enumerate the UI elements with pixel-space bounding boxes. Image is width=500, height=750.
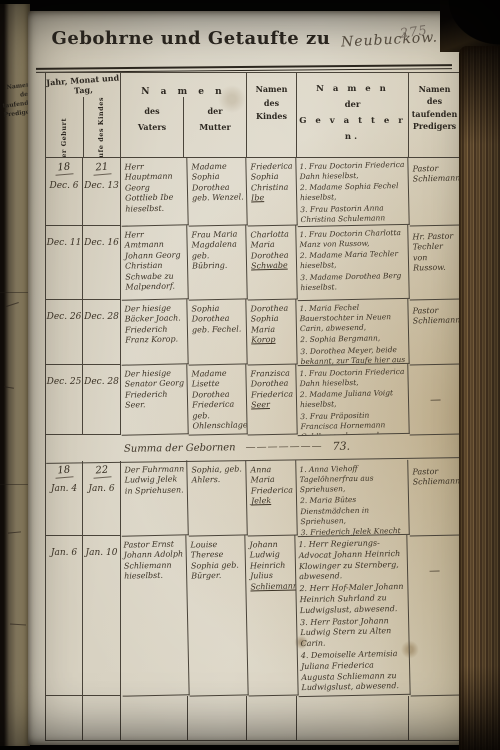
summa-value: 73. <box>332 440 350 453</box>
empty-cell <box>121 696 188 740</box>
cell-mother: Frau Maria Magdalena geb. Bübring. <box>187 225 248 300</box>
godparent-entry: 1. Maria Fechel Bauerstochter in Neuen C… <box>299 302 407 335</box>
header-mother: der Mutter <box>184 97 246 157</box>
header-preacher: Namen des taufenden Predigers <box>409 73 460 158</box>
prev-page-text-fragment: Namen des taufenden Predigers <box>0 80 30 119</box>
godparent-entry: 3. Herr Pastor Johann Ludwig Stern zu Al… <box>300 615 408 650</box>
godparent-entry: 2. Maria Bütes Dienstmädchen in Spriehus… <box>300 494 408 527</box>
header-date-subcolumns: der Geburt der Taufe des Kindes <box>46 97 120 158</box>
cell-preacher: Hr. Pastor Techler von Russow. <box>408 225 461 300</box>
header-date-group: Jahr, Monat und Tag, der Geburt der Tauf… <box>46 73 121 158</box>
cell-mother: Sophia, geb. Ahlers. <box>187 460 248 536</box>
cell-mother: Louise Therese Sophia geb. Bürger. <box>186 535 248 696</box>
cell-father: Herr Hauptmann Georg Gottlieb Ibe hiesel… <box>120 157 188 226</box>
godparent-entry: 1. Frau Doctorin Friederica Dahn hieselb… <box>299 160 406 182</box>
cell-child: Dorothea Sophia Maria Korop <box>246 299 297 365</box>
cell-father: Der hiesige Bäcker Joach. Friederich Fra… <box>120 299 188 365</box>
godparent-entry: 3. Dorothea Meyer, beide bekannt, zur Ta… <box>300 344 408 366</box>
book-photo: Namen des taufenden Predigers Gebohrne u… <box>0 0 500 750</box>
header-date-label: Jahr, Monat und Tag, <box>46 73 121 98</box>
register-page: Gebohrne und Getaufte zu Neubuckow. 275 … <box>28 11 462 745</box>
cell-godparents: 1. Frau Doctorin Charlotta Manz von Russ… <box>296 225 410 301</box>
page-title: Gebohrne und Getaufte zu <box>52 28 331 49</box>
ink-mark <box>10 623 26 625</box>
cell-preacher: Pastor Schliemann. <box>408 460 461 536</box>
child-surname: Schwabe <box>251 261 288 271</box>
header-birth-sub: der Geburt <box>46 97 84 158</box>
godparent-entry: 3. Madame Dorothea Berg hieselbst. <box>300 270 407 292</box>
header-child: Namen des Kindes <box>247 73 297 158</box>
child-given-names: Charlotta Maria Dorothea <box>250 230 289 261</box>
cell-mother: Sophia Dorothea geb. Fechel. <box>187 299 247 365</box>
previous-page-edge: Namen des taufenden Predigers <box>0 4 30 746</box>
empty-cell <box>46 696 83 740</box>
empty-cell <box>188 696 247 740</box>
godparent-entry: 1. Anna Viehoff Tagelöhnerfrau aus Sprie… <box>299 463 407 496</box>
cell-baptism-date: Dec. 28 <box>83 365 121 435</box>
empty-cell <box>297 696 409 740</box>
year-mark: 18 <box>54 161 73 176</box>
empty-cell <box>247 696 297 740</box>
header-parents-subcolumns: des Vaters der Mutter <box>121 97 246 157</box>
register-table: Jahr, Monat und Tag, der Geburt der Tauf… <box>45 72 460 741</box>
header-parents-group: N a m e n des Vaters der Mutter <box>121 73 247 158</box>
header-names-label: N a m e n <box>121 73 246 97</box>
cell-birth-date: 18 Dec. 6 <box>46 158 83 226</box>
cell-baptism-date: 21 Dec. 13 <box>83 158 121 226</box>
godparent-entry: 1. Frau Doctorin Charlotta Manz von Russ… <box>299 228 406 250</box>
cell-preacher: Pastor Schliemann. <box>408 299 460 365</box>
cell-godparents: 1. Frau Doctorin Friederica Dahn hieselb… <box>296 364 409 436</box>
cell-godparents: 1. Anna Viehoff Tagelöhnerfrau aus Sprie… <box>296 460 410 537</box>
summa-dashes: ——————— <box>246 441 323 453</box>
cell-child: Friederica Sophia Christina Ibe <box>246 157 297 226</box>
cell-godparents: 1. Herr Regierungs-Advocat Johann Heinri… <box>295 535 410 697</box>
ink-mark <box>8 531 21 533</box>
ink-mark <box>6 302 19 307</box>
godparent-entry: 2. Madame Maria Techler hieselbst, <box>300 249 407 271</box>
cell-child: Johann Ludwig Heinrich Julius Schliemann <box>245 535 298 696</box>
cell-father: Der hiesige Senator Georg Friederich See… <box>120 364 188 435</box>
child-given-names: Friederica Sophia Christina <box>250 162 292 193</box>
cell-child: Anna Maria Friederica Jelek <box>246 460 298 536</box>
empty-cell <box>409 696 460 740</box>
child-surname: Jelek <box>251 496 271 505</box>
ink-mark <box>4 386 14 389</box>
child-given-names: Johann Ludwig Heinrich Julius <box>249 540 285 581</box>
page-header: Gebohrne und Getaufte zu Neubuckow. <box>28 28 462 49</box>
cell-birth-date: Dec. 26 <box>46 300 83 365</box>
cell-baptism-date: 22 Jan. 6 <box>83 461 121 536</box>
year-mark: 18 <box>54 464 73 479</box>
prev-page-rule <box>0 292 30 293</box>
child-given-names: Franzisca Dorothea Friederica <box>250 369 293 400</box>
cell-father: Der Fuhrmann Ludwig Jelek in Spriehusen. <box>120 460 189 536</box>
cell-mother: Madame Sophia Dorothea geb. Wenzel. <box>187 157 247 226</box>
child-given-names: Dorothea Sophia Maria <box>250 304 288 335</box>
cell-baptism-date: Jan. 10 <box>83 536 121 696</box>
cell-birth-date: Jan. 6 <box>46 536 83 696</box>
child-surname: Korop <box>251 335 276 345</box>
cell-preacher: Pastor Schliemann. <box>408 157 460 226</box>
godparent-entry: 2. Madame Juliana Voigt hieselbst, <box>300 388 407 410</box>
cell-child: Franzisca Dorothea Friederica Seer <box>246 364 297 435</box>
cell-birth-date: Dec. 11 <box>46 226 83 300</box>
cell-mother: Madame Lisette Dorothea Friederica geb. … <box>187 364 247 435</box>
godparent-entry: 1. Frau Doctorin Friederica Dahn hieselb… <box>299 367 406 389</box>
book-corner-shadow <box>440 0 500 52</box>
year-mark: 22 <box>92 464 111 479</box>
cell-preacher: — <box>407 535 461 696</box>
header-godparents: N a m e n der G e v a t t e r n. <box>297 73 409 158</box>
summa-label: Summa der Gebornen <box>124 442 236 455</box>
godparent-entry: 2. Madame Sophia Fechel hieselbst, <box>300 181 407 203</box>
cell-godparents: 1. Frau Doctorin Friederica Dahn hieselb… <box>296 157 409 227</box>
header-baptism-sub: der Taufe des Kindes <box>84 97 121 158</box>
cell-godparents: 1. Maria Fechel Bauerstochter in Neuen C… <box>296 299 409 366</box>
cell-child: Charlotta Maria Dorothea Schwabe <box>246 225 298 300</box>
godparent-entry: 4. Demoiselle Artemisia Juliana Friederi… <box>301 649 409 694</box>
year-mark: 21 <box>92 161 111 176</box>
child-surname: Seer <box>251 400 270 409</box>
book-fore-edge <box>459 46 500 750</box>
child-surname: Ibe <box>251 193 264 202</box>
cell-baptism-date: Dec. 16 <box>83 226 121 300</box>
cell-father: Pastor Ernst Johann Adolph Schliemann hi… <box>119 535 189 696</box>
godparent-entry: 1. Herr Regierungs-Advocat Johann Heinri… <box>298 538 406 583</box>
godparent-entry: 2. Herr Hof-Maler Johann Heinrich Suhrla… <box>299 582 407 617</box>
cell-birth-date: Dec. 25 <box>46 365 83 435</box>
cell-preacher: — <box>408 364 460 435</box>
child-given-names: Anna Maria Friederica <box>250 465 293 495</box>
empty-cell <box>83 696 121 740</box>
godparent-entry: 3. Frau Pastorin Anna Christina Schulema… <box>300 202 408 227</box>
prev-page-rule <box>0 484 30 485</box>
cell-birth-date: 18 Jan. 4 <box>46 461 83 536</box>
cell-father: Herr Amtmann Johann Georg Christian Schw… <box>120 225 189 300</box>
child-surname: Schliemann <box>250 581 298 591</box>
header-father: des Vaters <box>121 97 184 157</box>
cell-baptism-date: Dec. 28 <box>83 300 121 365</box>
